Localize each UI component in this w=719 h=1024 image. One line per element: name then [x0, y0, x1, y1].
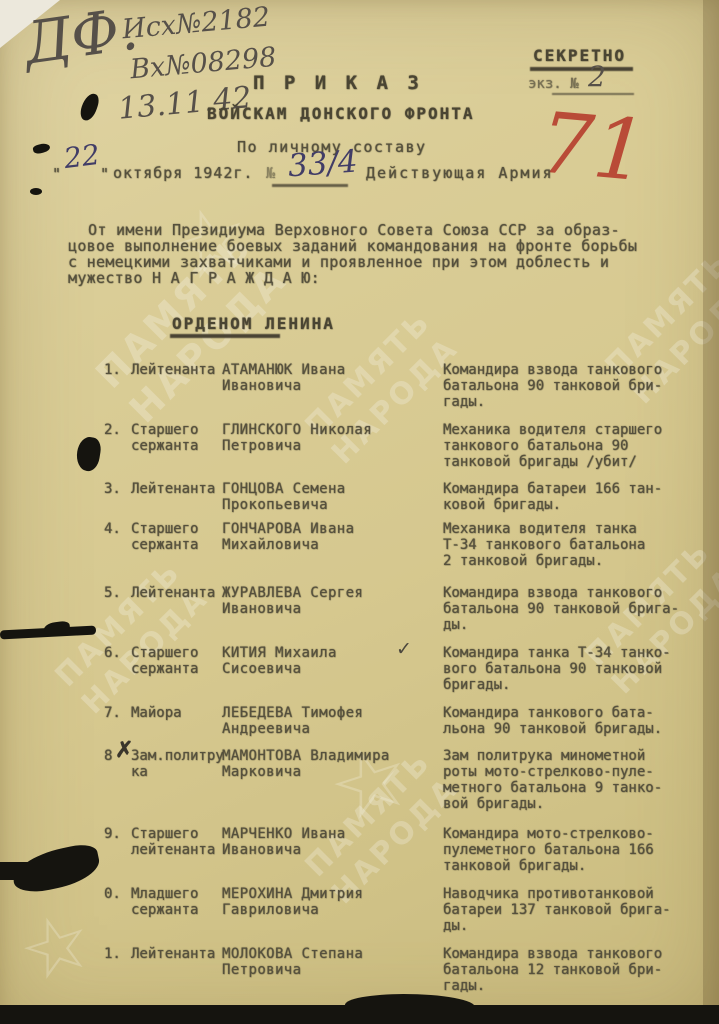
handwritten-x-mark: ✗	[115, 742, 133, 758]
entry-name: ЛЕБЕДЕВА Тимофея Андреевича	[222, 705, 363, 737]
entry-number: 7.	[104, 705, 121, 721]
entry-description: Зам политрука минометной роты мото-стрел…	[443, 748, 703, 812]
handwritten-check-mark: ✓	[396, 641, 412, 657]
handwritten-red-number: 71	[536, 94, 651, 201]
entry-name: ГЛИНСКОГО Николая Петровича	[222, 422, 372, 454]
entry-number: 9.	[104, 826, 121, 842]
ink-blot	[30, 188, 42, 195]
entry-number: 5.	[104, 585, 121, 601]
entry-rank: Лейтенанта	[131, 481, 215, 497]
entry-description: Командира взвода танкового батальона 90 …	[443, 585, 703, 633]
entry-number: 4.	[104, 521, 121, 537]
handwritten-order-number: 33/4	[287, 144, 359, 185]
entry-name: КИТИЯ Михаила Сисоевича	[222, 645, 337, 677]
entry-description: Командира взвода танкового батальона 12 …	[443, 946, 703, 994]
order-number-sign: №	[266, 164, 275, 182]
entry-description: Командира танкового бата- льона 90 танко…	[443, 705, 703, 737]
entry-description: Командира батареи 166 тан- ковой бригады…	[443, 481, 703, 513]
entry-rank: Старшего сержанта	[131, 521, 198, 553]
date-quote-close: "	[100, 165, 109, 183]
entry-description: Механика водителя танка Т-34 танкового б…	[443, 521, 703, 569]
ink-blot	[32, 142, 51, 155]
entry-name: МОЛОКОВА Степана Петровича	[222, 946, 363, 978]
ink-blot	[0, 862, 44, 880]
ink-blot	[78, 91, 101, 122]
entry-rank: Лейтенанта	[131, 946, 215, 962]
entry-name: ГОНЧАРОВА Ивана Михайловича	[222, 521, 354, 553]
entry-rank: Майора	[131, 705, 182, 721]
entry-rank: Старшего сержанта	[131, 422, 198, 454]
handwritten-day: 22	[62, 138, 101, 175]
entry-name: МАМОНТОВА Владимира Марковича	[222, 748, 390, 780]
secret-stamp: СЕКРЕТНО	[533, 46, 626, 65]
entry-number: 1.	[104, 946, 121, 962]
entry-description: Командира мото-стрелково- пулеметного ба…	[443, 826, 703, 874]
document-scan: ПАМЯТЬ НАРОДА ПАМЯТЬ НАРОДА ПАМЯТЬ НАРОД…	[0, 0, 719, 1024]
scan-bottom-edge	[0, 1005, 719, 1024]
army-label: Действующая Армия	[366, 164, 554, 182]
entry-name: ЖУРАВЛЕВА Сергея Ивановича	[222, 585, 363, 617]
award-heading-underline	[170, 334, 280, 338]
entry-description: Командира взвода танкового батальона 90 …	[443, 362, 703, 410]
entry-number: 3.	[104, 481, 121, 497]
star-watermark-icon: ☆	[7, 891, 104, 1002]
stamp-underline	[530, 67, 633, 71]
watermark-text: ПАМЯТЬ НАРОДА	[47, 553, 216, 722]
entry-rank: Старшего сержанта	[131, 645, 198, 677]
entry-name: МАРЧЕНКО Ивана Ивановича	[222, 826, 346, 858]
award-heading: ОРДЕНОМ ЛЕНИНА	[172, 314, 335, 333]
order-title: П Р И К А З	[253, 72, 423, 94]
handwritten-copy-number: 2	[588, 60, 606, 93]
page-right-edge	[703, 0, 719, 1024]
entry-description: Наводчика противотанковой батареи 137 та…	[443, 886, 703, 934]
entry-name: МЕРОХИНА Дмитрия Гавриловича	[222, 886, 363, 918]
entry-rank: Зам.политру ка	[131, 748, 224, 780]
date-quote-open: "	[52, 165, 61, 183]
entry-description: Командира танка Т-34 танко- вого батальо…	[443, 645, 703, 693]
handwritten-outgoing-number: Исх№2182	[121, 2, 271, 46]
entry-rank: Лейтенанта	[131, 585, 215, 601]
copy-number-label: экз. №	[528, 76, 579, 92]
date-month-year: октября 1942г.	[113, 164, 253, 182]
entry-description: Механика водителя старшего танкового бат…	[443, 422, 703, 470]
entry-number: 2.	[104, 422, 121, 438]
order-subtitle: ВОЙСКАМ ДОНСКОГО ФРОНТА	[207, 104, 475, 123]
entry-name: АТАМАНЮК Ивана Ивановича	[222, 362, 346, 394]
preamble-paragraph: От имени Президиума Верховного Совета Со…	[68, 222, 668, 286]
entry-number: 8	[104, 748, 112, 764]
entry-number: 6.	[104, 645, 121, 661]
entry-number: 1.	[104, 362, 121, 378]
ink-blot	[74, 435, 102, 472]
entry-rank: Младшего сержанта	[131, 886, 198, 918]
entry-number: 0.	[104, 886, 121, 902]
order-number-underline	[272, 184, 348, 187]
entry-rank: Лейтенанта	[131, 362, 215, 378]
entry-name: ГОНЦОВА Семена Прокопьевича	[222, 481, 346, 513]
entry-rank: Старшего лейтенанта	[131, 826, 215, 858]
